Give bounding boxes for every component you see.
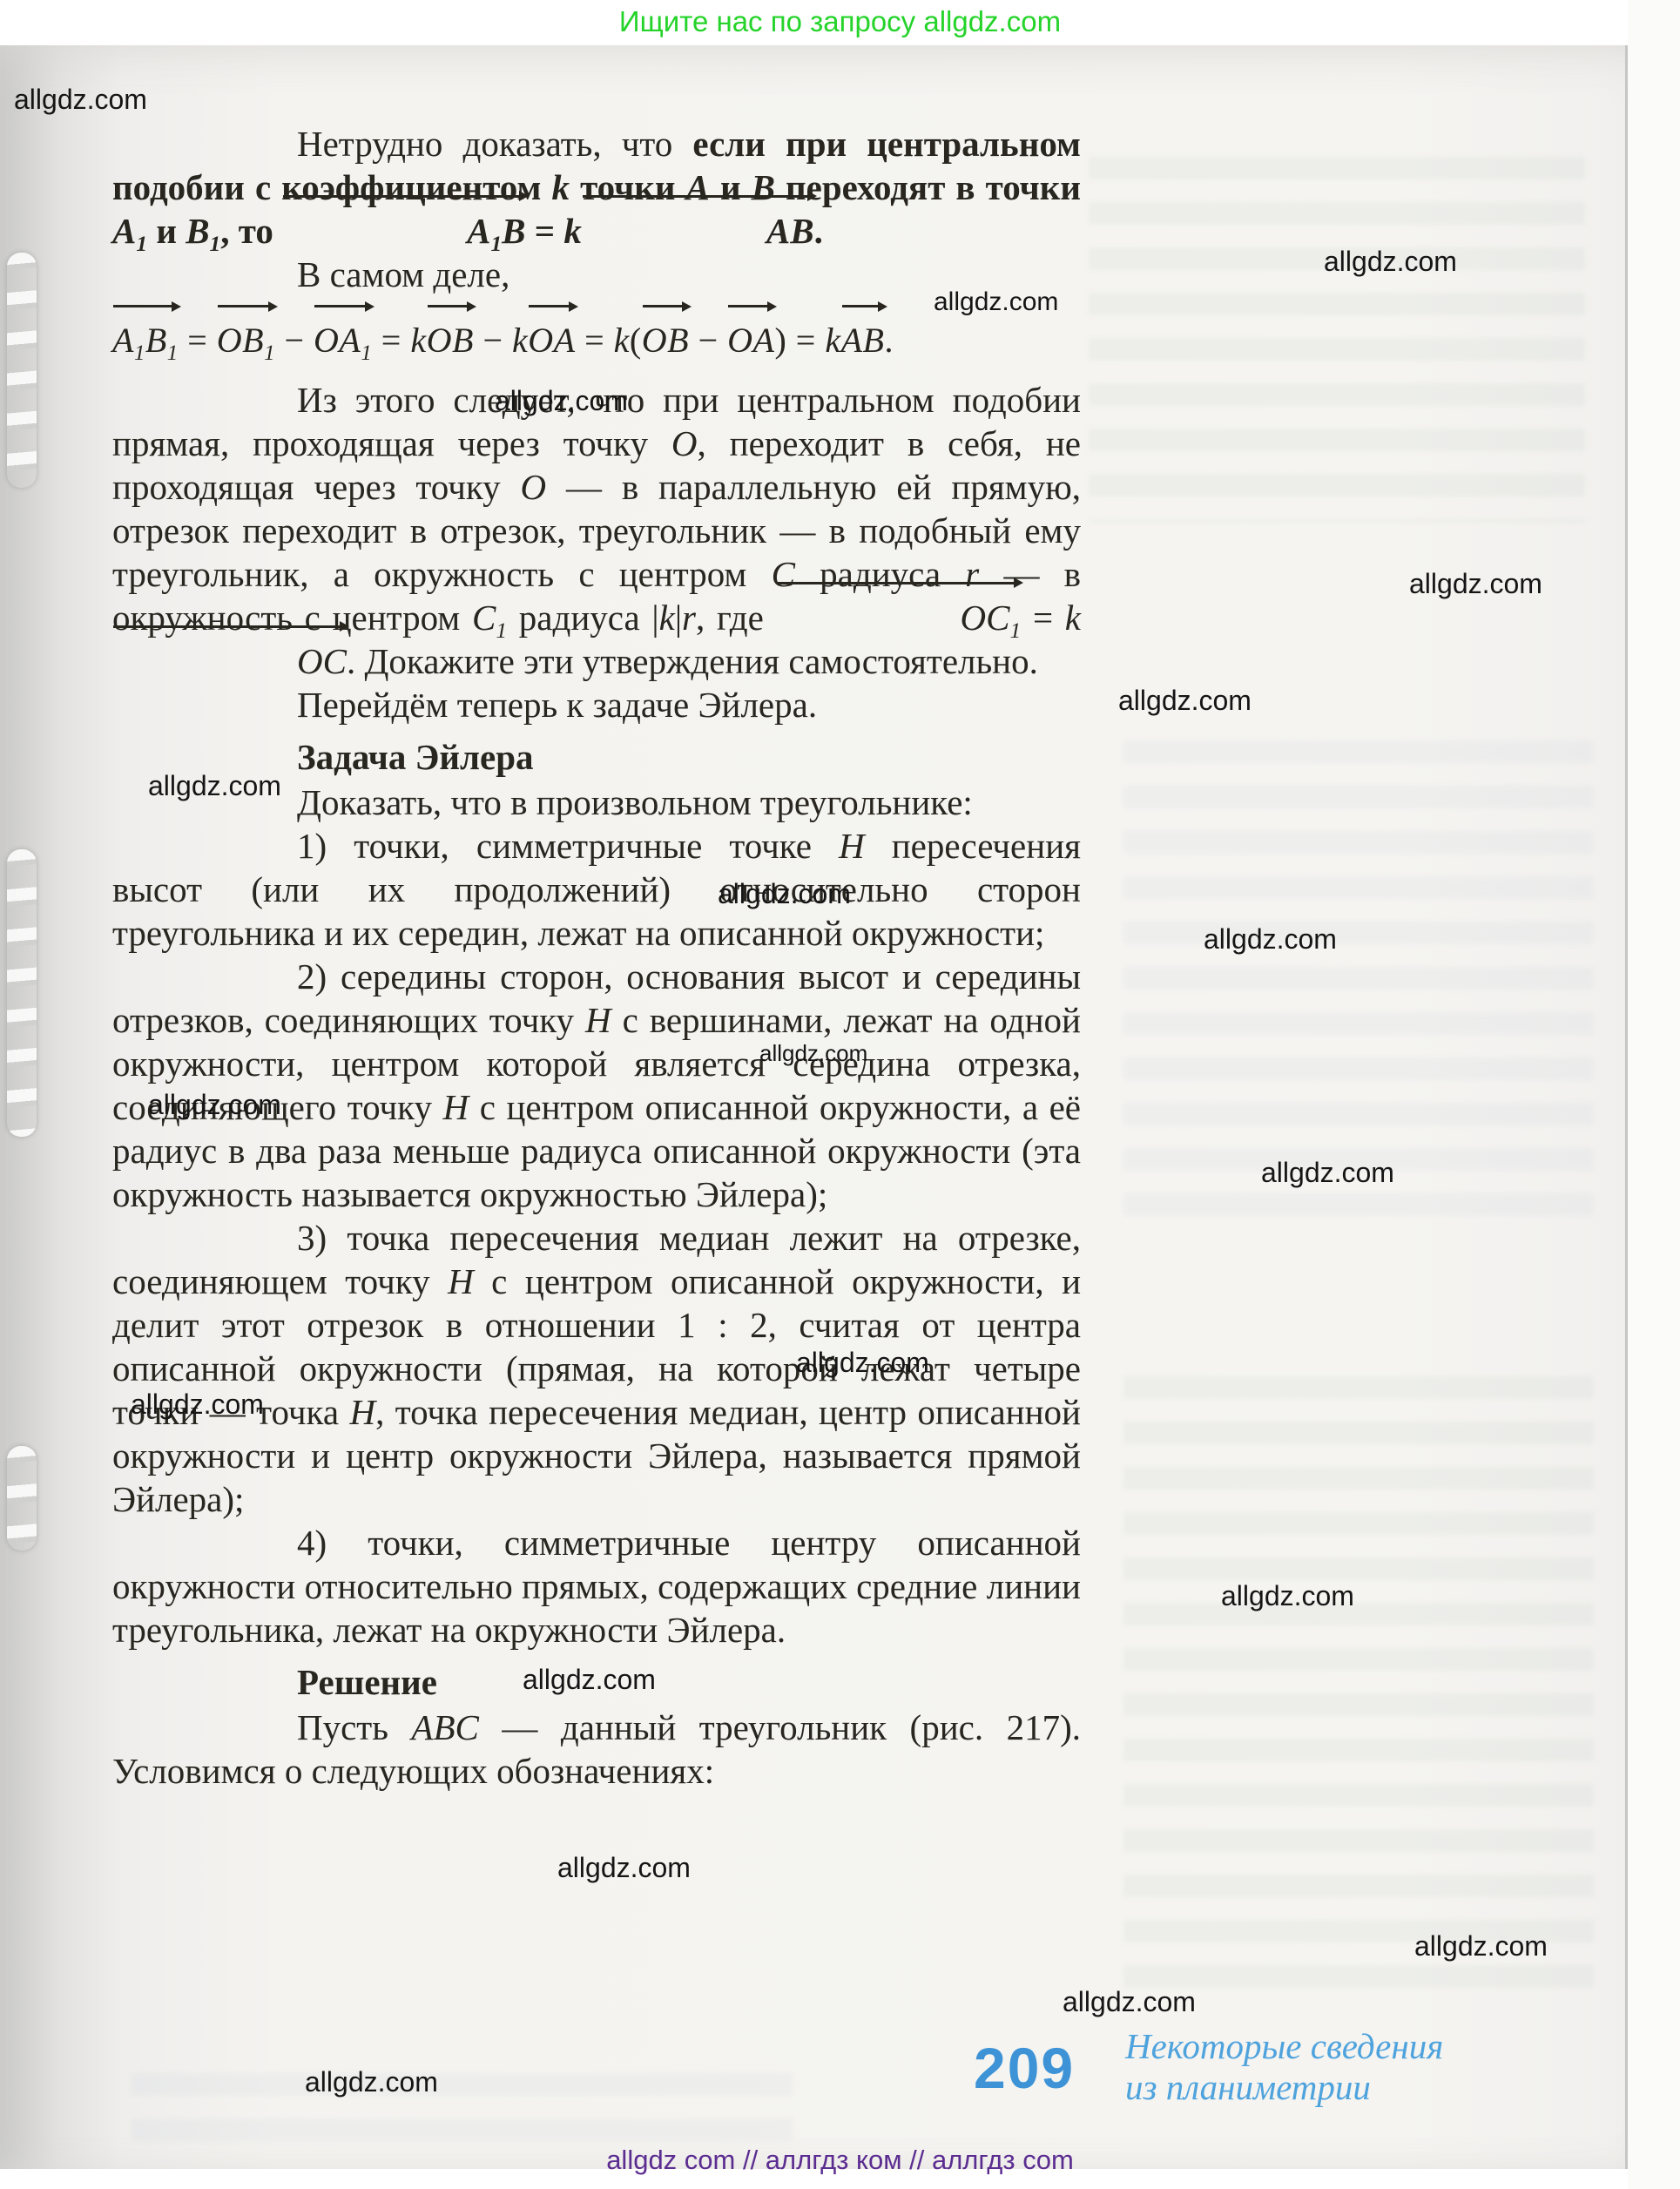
vector-expression: A1B [282, 209, 525, 253]
watermark: allgdz.com [305, 2066, 438, 2098]
watermark: allgdz.com [131, 1388, 264, 1421]
math-symbol: H [585, 1000, 611, 1040]
watermark: allgdz.com [523, 1664, 656, 1696]
math-symbol: H [349, 1392, 375, 1432]
text-run: . Докажите эти утверждения самостоятельн… [347, 641, 1038, 681]
math-symbol: k [563, 211, 582, 251]
promo-header: Ищите нас по запросу allgdz.com [0, 5, 1680, 38]
text-run: 4) точки, симметричные центру описанной … [112, 1523, 1081, 1650]
text-run: = [576, 321, 614, 360]
section-title-line2: из планиметрии [1125, 2067, 1443, 2108]
watermark: allgdz.com [759, 1040, 867, 1067]
text-run: радиуса | [507, 598, 659, 638]
vector-expression: OA [727, 319, 774, 362]
text-run: = [372, 321, 410, 360]
math-symbol: H [448, 1261, 474, 1301]
scan-background [1628, 0, 1680, 2189]
text-run: Решение [297, 1662, 437, 1702]
math-symbol: C1 [472, 598, 507, 638]
paragraph: 4) точки, симметричные центру описанной … [112, 1521, 1081, 1652]
watermark: allgdz.com [1204, 923, 1337, 956]
math-symbol: H [839, 826, 865, 866]
binding-stitch [7, 1446, 37, 1551]
text-column: Нетрудно доказать, что если при централь… [112, 122, 1081, 1793]
watermark: allgdz.com [934, 287, 1058, 317]
text-run: = [179, 321, 217, 360]
text-run: Пусть [297, 1707, 411, 1747]
paragraph: Пусть ABC — данный треугольник (рис. 217… [112, 1706, 1081, 1793]
math-symbol: A [686, 167, 710, 207]
page-number: 209 [974, 2035, 1075, 2101]
vector-expression: A1B1 [112, 319, 179, 362]
text-run: ) = [774, 321, 825, 360]
text-run: точки [570, 167, 686, 207]
math-symbol: A1 [112, 211, 147, 251]
binding-stitch [7, 849, 37, 1137]
text-run: − [275, 321, 314, 360]
math-symbol: r [965, 554, 979, 594]
text-run: , где [696, 598, 776, 638]
math-symbol: r [682, 598, 696, 638]
text-run: Перейдём теперь к задаче Эйлера. [297, 685, 817, 725]
math-symbol: k [512, 321, 528, 360]
text-run: В самом деле, [297, 254, 509, 294]
section-title: Некоторые сведения из планиметрии [1125, 2026, 1443, 2108]
watermark: allgdz.com [1118, 685, 1252, 717]
paragraph: Нетрудно доказать, что если при централь… [112, 122, 1081, 253]
watermark: allgdz.com [796, 1347, 929, 1379]
bleed-through [1089, 157, 1585, 523]
section-title-line1: Некоторые сведения [1125, 2026, 1443, 2067]
paragraph: 2) середины сторон, основания высот и се… [112, 955, 1081, 1216]
text-run: переходят в точки [775, 167, 1081, 207]
text-run: , то [220, 211, 282, 251]
text-run: Доказать, что в произвольном треугольник… [297, 782, 973, 822]
watermark: allgdz.com [14, 84, 147, 116]
text-run: − [689, 321, 727, 360]
math-symbol: ABC [411, 1707, 478, 1747]
math-symbol: k [659, 598, 675, 638]
text-run: ( [630, 321, 642, 360]
vector-expression: AB [582, 209, 814, 253]
binding-stitch [7, 253, 37, 488]
math-symbol: C [772, 554, 795, 594]
math-symbol: O [521, 467, 547, 507]
bleed-through [1123, 1376, 1594, 2003]
text-run: = [1021, 598, 1065, 638]
watermark: allgdz.com [148, 770, 281, 802]
math-symbol: B1 [186, 211, 220, 251]
paragraph: 3) точка пересечения медиан лежит на отр… [112, 1216, 1081, 1521]
bleed-through [131, 2073, 793, 2152]
equation: A1B1 = OB1 − OA1 = kOB − kOA = k(OB − OA… [112, 319, 1081, 362]
math-symbol: k [614, 321, 630, 360]
vector-expression: OA1 [314, 319, 372, 362]
vector-expression: OA [528, 319, 575, 362]
text-run: Задача Эйлера [297, 737, 534, 777]
math-symbol: k [410, 321, 426, 360]
math-symbol: H [443, 1087, 469, 1127]
bleed-through [1123, 740, 1594, 1228]
math-symbol: O [671, 423, 698, 463]
text-run: . [885, 321, 894, 360]
text-run: − [474, 321, 512, 360]
text-run: | [675, 598, 682, 638]
vector-expression: OB [427, 319, 474, 362]
vector-expression: OC [112, 639, 347, 683]
watermark: allgdz.com [495, 385, 628, 417]
scanned-textbook-page: Ищите нас по запросу allgdz.com allgdz.c… [0, 0, 1680, 2189]
watermark: allgdz.com [1261, 1157, 1394, 1189]
text-run: = [526, 211, 564, 251]
text-run: . [814, 211, 823, 251]
math-symbol: B [752, 167, 775, 207]
math-symbol: k [1065, 598, 1081, 638]
vector-expression: OC1 [776, 596, 1022, 639]
text-run: и [147, 211, 186, 251]
watermark: allgdz.com [1409, 568, 1542, 600]
paragraph: Из этого следует, что при центральном по… [112, 378, 1081, 683]
text-run: — данный треугольник (рис. 217). Условим… [112, 1707, 1081, 1791]
watermark: allgdz.com [148, 1089, 281, 1121]
watermark: allgdz.com [718, 878, 851, 910]
watermark: allgdz.com [1324, 246, 1457, 278]
watermark: allgdz.com [1221, 1580, 1354, 1612]
watermark: allgdz.com [557, 1852, 691, 1884]
watermark: allgdz.com [1414, 1930, 1548, 1963]
text-run: Нетрудно доказать, что [297, 124, 692, 164]
watermark: allgdz.com [1063, 1986, 1196, 2018]
text-run: радиуса [795, 554, 965, 594]
vector-expression: OB [642, 319, 689, 362]
math-symbol: k [552, 167, 570, 207]
vector-expression: OB1 [217, 319, 275, 362]
bottom-links: allgdz com // аллгдз ком // аллгдз com [0, 2145, 1680, 2176]
paragraph: Перейдём теперь к задаче Эйлера. [112, 683, 1081, 726]
paragraph: 1) точки, симметричные точке H пересечен… [112, 824, 1081, 955]
math-symbol: k [825, 321, 840, 360]
text-run: и [710, 167, 752, 207]
vector-expression: AB [841, 319, 885, 362]
text-run: 1) точки, симметричные точке [297, 826, 839, 866]
